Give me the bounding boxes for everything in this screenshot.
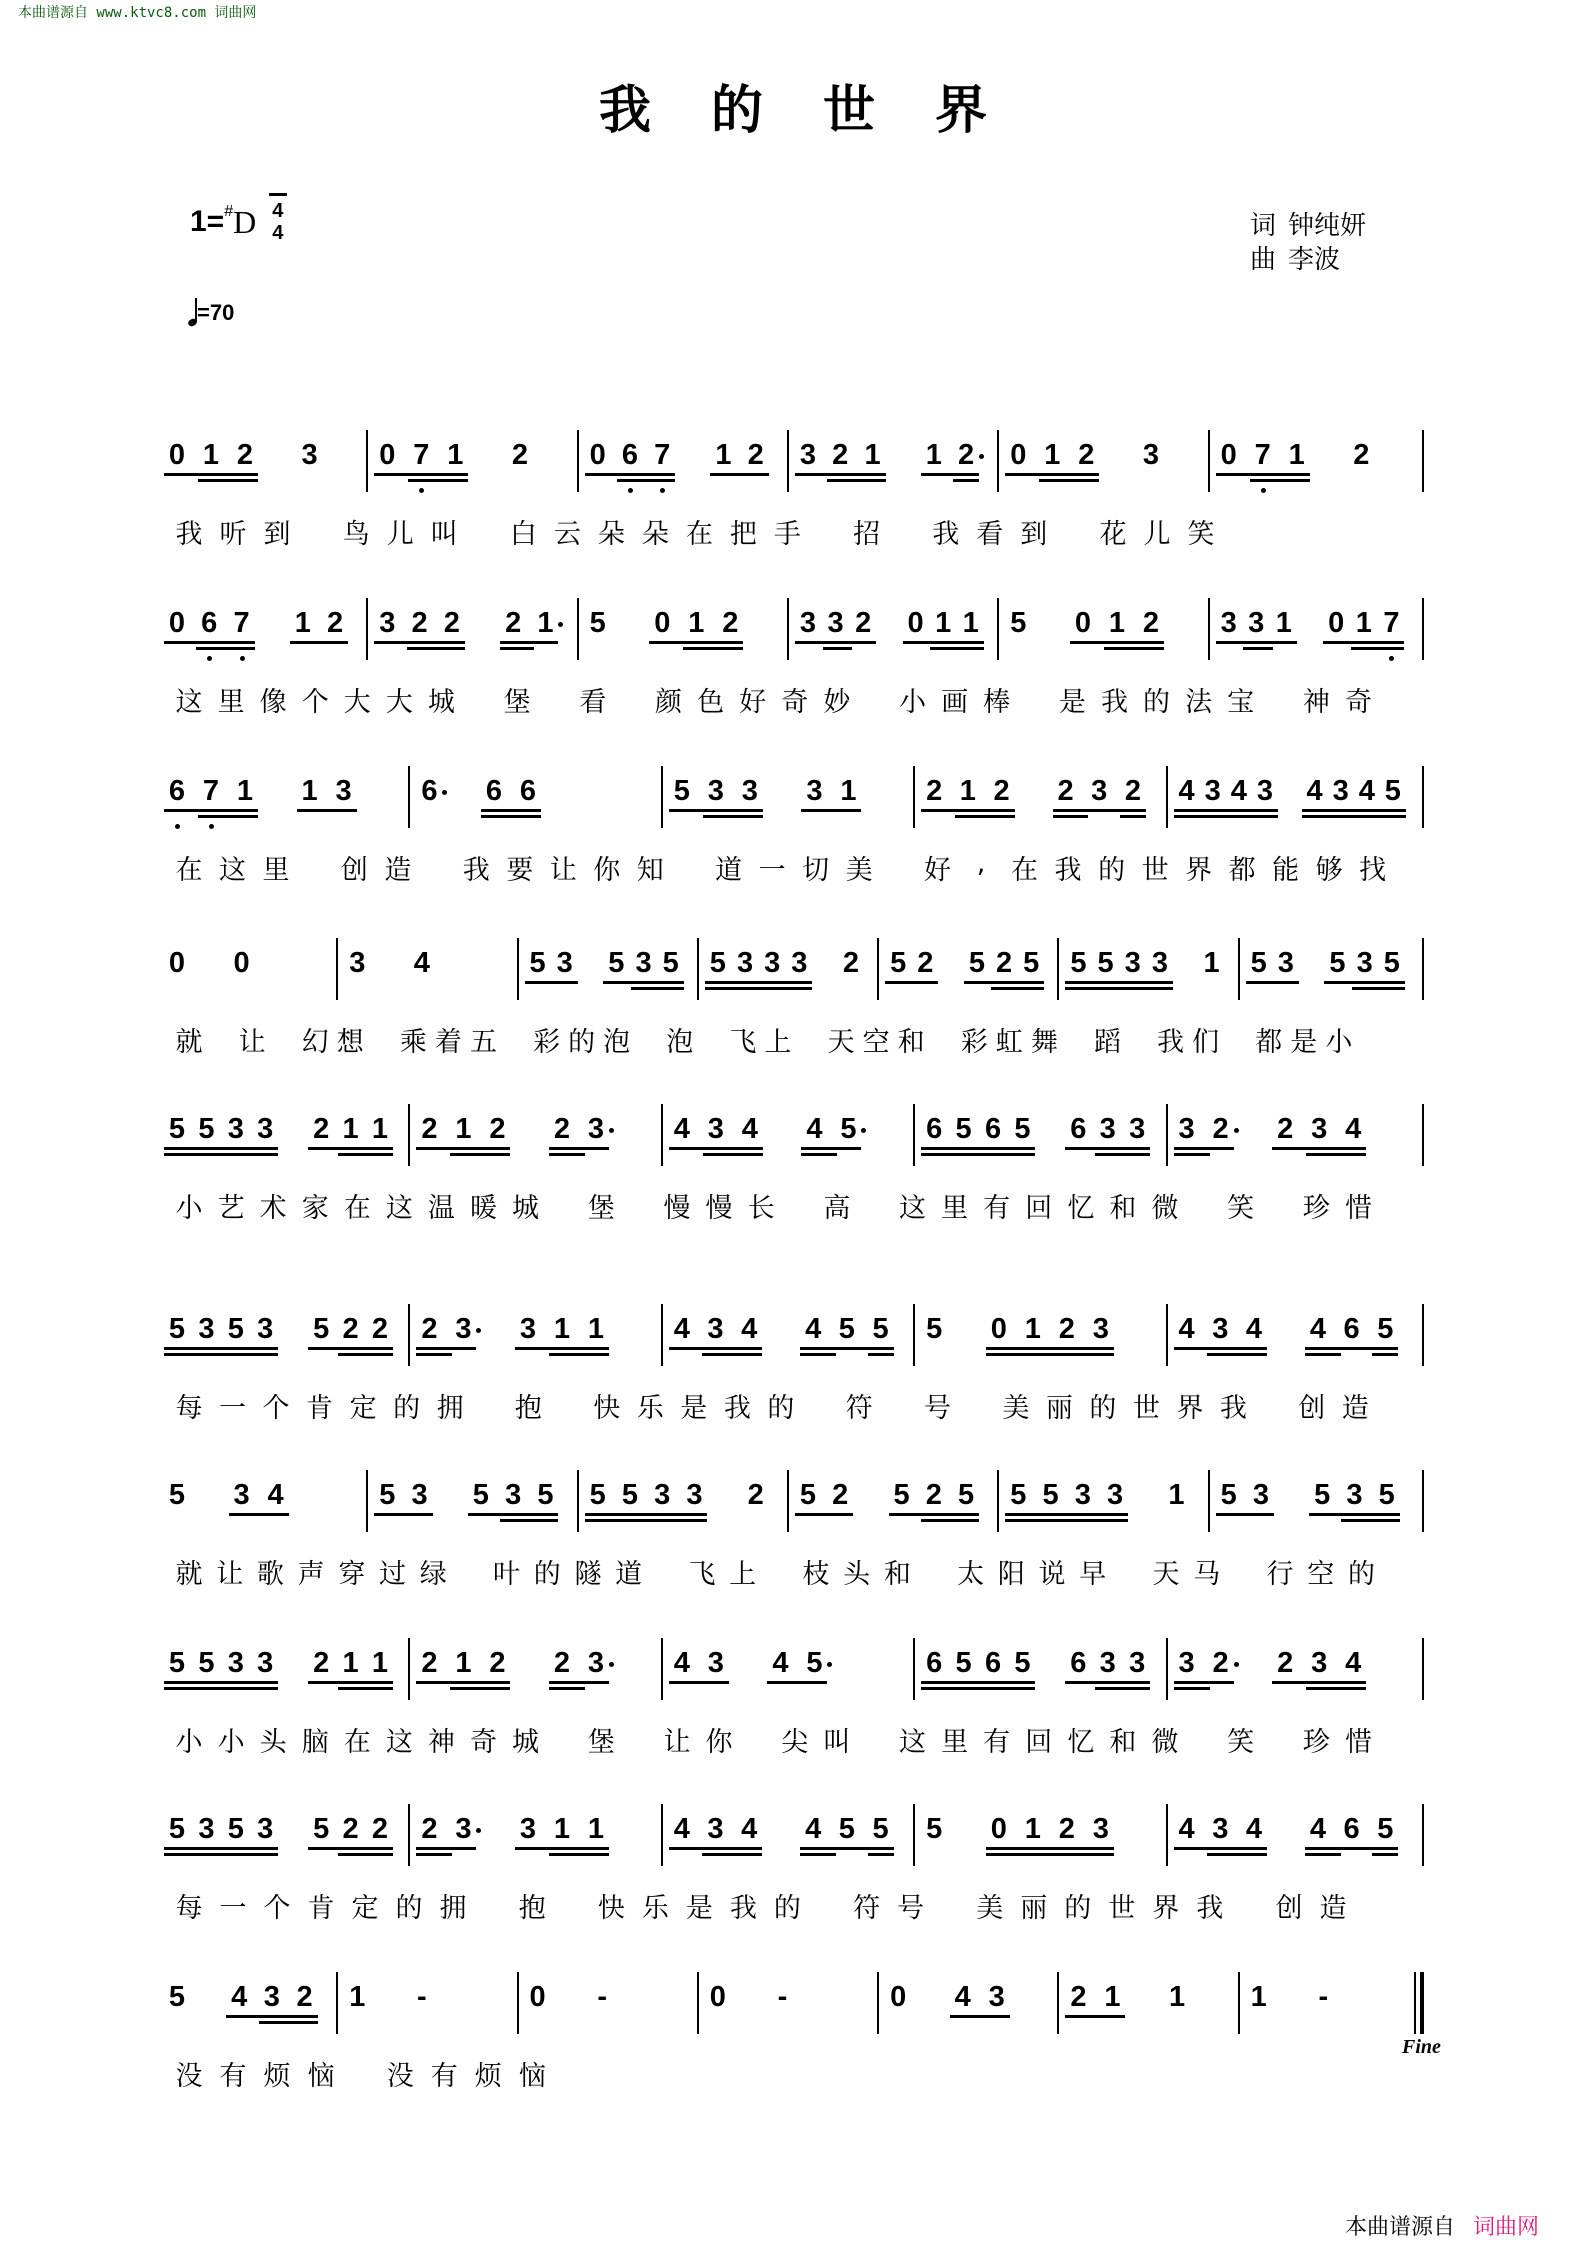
beam-underline [223, 1681, 254, 1684]
beam-underline [860, 479, 886, 482]
note: 1 [369, 1646, 391, 1680]
lyric-char: 彩 [959, 1020, 989, 1059]
lyric-char: 这 [174, 680, 204, 719]
barline [661, 1104, 663, 1166]
beam-underline [1053, 809, 1089, 812]
beam-underline [1147, 987, 1173, 990]
note: 3 [333, 774, 355, 808]
lower-octave-dot [175, 824, 180, 829]
beam-underline [198, 479, 234, 482]
beam-underline [1216, 473, 1252, 476]
beam-underline [367, 1147, 393, 1150]
beam-underline [1323, 641, 1353, 644]
note: 3 [231, 1478, 253, 1512]
lyric-char: 没 [174, 2054, 204, 2093]
lyric-char: 创 [1274, 1886, 1304, 1925]
note: 3 [254, 1112, 276, 1146]
lyric-char: 肯 [306, 1886, 336, 1925]
lyric-char: 这 [898, 1186, 928, 1225]
note: 5 [803, 1646, 825, 1680]
note: 3 [254, 1312, 276, 1346]
sharp-icon: # [224, 203, 233, 221]
barline [1166, 1304, 1168, 1366]
lyric-char: 和 [1108, 1720, 1138, 1759]
beam-underline [737, 1153, 763, 1156]
note: 0 [166, 606, 188, 640]
note: 1 [340, 1112, 362, 1146]
beam-underline [338, 1687, 369, 1690]
note: 4 [769, 1646, 791, 1680]
beam-underline [367, 1847, 393, 1850]
note: 1 [551, 1312, 573, 1346]
beam-underline [801, 1681, 827, 1684]
beam-underline [193, 1847, 224, 1850]
note: 4 [802, 1812, 824, 1846]
note: 3 [409, 1478, 431, 1512]
beam-underline [416, 1847, 452, 1850]
note: 7 [1252, 438, 1274, 472]
beam-underline [617, 479, 651, 482]
beam-underline [1039, 473, 1075, 476]
note: 3 [797, 438, 819, 472]
lyric-char: 儿 [385, 512, 415, 551]
beam-underline [1339, 1347, 1375, 1350]
beam-underline [705, 987, 734, 990]
note: 0 [527, 1980, 549, 2014]
lyric-char: 我 [461, 848, 491, 887]
beam-underline [481, 815, 517, 818]
beam-underline [1379, 987, 1405, 990]
beam-underline [1009, 1681, 1035, 1684]
lyric-char: 每 [174, 1386, 204, 1425]
beam-underline [795, 473, 829, 476]
note: 1 [1101, 1980, 1123, 2014]
beam-underline [1306, 1147, 1342, 1150]
lyric-char: 让 [548, 848, 578, 887]
beam-underline [631, 987, 660, 990]
barline [661, 1804, 663, 1866]
note: 4 [1342, 1112, 1364, 1146]
lyric-char: 到 [1019, 512, 1049, 551]
notation-line: 54321-0-0-0432111- [160, 1980, 1430, 2040]
beam-underline [1305, 1353, 1341, 1356]
barline [913, 766, 915, 828]
beam-underline [1207, 1847, 1243, 1850]
beam-underline [1174, 1347, 1210, 1350]
note: 5 [166, 1312, 188, 1346]
beam-underline [1208, 1147, 1234, 1150]
lyric-char: 每 [174, 1886, 204, 1925]
lyric-char: 家 [300, 1186, 330, 1225]
beam-underline [484, 1687, 510, 1690]
beam-underline [795, 641, 825, 644]
lyric-char: 绿 [418, 1552, 448, 1591]
lyric-char: 烦 [262, 2054, 292, 2093]
barline [661, 1304, 663, 1366]
lyric-char: 朵 [596, 512, 626, 551]
lyric-char: 肯 [305, 1386, 335, 1425]
beam-underline [1009, 1147, 1035, 1150]
note: 5 [195, 1646, 217, 1680]
lyric-char: 城 [511, 1186, 541, 1225]
note: 6 [1067, 1646, 1089, 1680]
beam-underline [198, 815, 234, 818]
beam-underline [991, 981, 1020, 984]
lyric-char: 恼 [517, 2054, 547, 2093]
note: 6 [418, 774, 440, 808]
beam-underline [955, 815, 991, 818]
lyric-char: 我 [1099, 680, 1129, 719]
beam-underline [951, 1681, 982, 1684]
barline [787, 598, 789, 660]
beam-underline [921, 1519, 955, 1522]
beam-underline [1124, 1147, 1150, 1150]
beam-underline [252, 1847, 278, 1850]
beam-underline [1354, 815, 1382, 818]
beam-underline [1174, 1687, 1210, 1690]
brand-link[interactable]: 词曲网 [1473, 2214, 1539, 2239]
lyric-char: 让 [215, 1552, 245, 1591]
beam-underline [1372, 1847, 1398, 1850]
beam-underline [1093, 987, 1122, 990]
note: 6 [923, 1112, 945, 1146]
beam-underline [532, 1513, 558, 1516]
lyric-char: 奇 [1343, 680, 1373, 719]
note: 5 [870, 1312, 892, 1346]
beam-underline [1102, 1513, 1128, 1516]
beam-underline [1340, 1147, 1366, 1150]
lyric-char: 着 [433, 1020, 463, 1059]
lyric-char: 道 [614, 1552, 644, 1591]
lyric-char: 脑 [300, 1720, 330, 1759]
note: 3 [554, 946, 576, 980]
beam-underline [658, 981, 684, 984]
note: 3 [1097, 1112, 1119, 1146]
lyric-char: 我 [722, 1386, 752, 1425]
note: 3 [452, 1312, 474, 1346]
beam-underline [583, 1147, 609, 1150]
note: 3 [1330, 774, 1352, 808]
note: 2 [1210, 1646, 1232, 1680]
composer-label: 曲 [1250, 244, 1276, 274]
barline-end [1422, 1470, 1424, 1532]
beam-underline [374, 473, 410, 476]
note: 2 [993, 946, 1015, 980]
beam-underline [439, 641, 465, 644]
note: 3 [1343, 1478, 1365, 1512]
note: 5 [225, 1312, 247, 1346]
lyric-char: 看 [975, 512, 1005, 551]
barline [577, 1470, 579, 1532]
tempo-value: =70 [197, 300, 234, 326]
note: 5 [1007, 1478, 1029, 1512]
beam-underline [801, 1153, 837, 1156]
beam-underline [1340, 1153, 1366, 1156]
score-row: 53535222331143445550123434465每一个肯定的拥抱快乐是… [160, 1312, 1430, 1382]
beam-underline [1088, 1353, 1114, 1356]
beam-underline [1351, 647, 1381, 650]
beam-underline [953, 1519, 979, 1522]
lyric-char: 你 [704, 1720, 734, 1759]
beam-underline [367, 1687, 393, 1690]
lyric-char: 我 [931, 512, 961, 551]
lyric-char: 招 [852, 512, 882, 551]
source-watermark-top[interactable]: 本曲谱源自 www.ktvc8.com 词曲网 [18, 2, 256, 22]
lyric-char: 好 [922, 848, 952, 887]
lyric-char: 惜 [1343, 1720, 1373, 1759]
barline [517, 1972, 519, 2034]
beam-underline [1005, 1513, 1039, 1516]
beam-underline [1054, 1347, 1090, 1350]
key-note: D [233, 204, 256, 241]
note: 0 [887, 1980, 909, 2014]
beam-underline [736, 1353, 762, 1356]
note: 5 [1326, 946, 1348, 980]
beam-underline [1284, 479, 1310, 482]
beam-underline [549, 1147, 585, 1150]
beam-underline [338, 1153, 369, 1156]
beam-underline [1207, 1853, 1243, 1856]
beam-underline [484, 1681, 510, 1684]
note: 2 [551, 1646, 573, 1680]
beam-underline [759, 981, 788, 984]
lyric-char: 我 [174, 512, 204, 551]
beam-underline [1243, 641, 1273, 644]
beam-underline [868, 1847, 894, 1850]
beam-underline [669, 809, 705, 812]
lyric-char: 艺 [216, 1186, 246, 1225]
note: 1 [1273, 606, 1295, 640]
lyric-char: 白 [508, 512, 538, 551]
lyric-char: 一 [218, 1886, 248, 1925]
note: 3 [1209, 1812, 1231, 1846]
beam-underline [823, 641, 853, 644]
beam-underline [232, 479, 258, 482]
lyric-char: 微 [1150, 1720, 1180, 1759]
lyric-char: 听 [218, 512, 248, 551]
note: 1 [369, 1112, 391, 1146]
beam-underline [868, 1353, 894, 1356]
note: 6 [517, 774, 539, 808]
beam-underline [930, 641, 960, 644]
beam-underline [338, 1847, 369, 1850]
note: 3 [825, 606, 847, 640]
lyric-char: 法 [1184, 680, 1214, 719]
beam-underline [549, 1347, 585, 1350]
beam-underline [525, 981, 554, 984]
note: 3 [452, 1812, 474, 1846]
beam-underline [649, 641, 685, 644]
barline [1166, 1104, 1168, 1166]
lyric-char: 惜 [1343, 1186, 1373, 1225]
barline [408, 1104, 410, 1166]
note: 1 [1201, 946, 1223, 980]
note: 3 [739, 774, 761, 808]
lyric-char: 笑 [1226, 1720, 1256, 1759]
beam-underline [583, 1847, 609, 1850]
beam-underline [450, 1347, 476, 1350]
lyric-char: 儿 [1142, 512, 1172, 551]
lyric-char: 色 [696, 680, 726, 719]
lyric-char: 个 [262, 1886, 292, 1925]
score-row: 54321-0-0-0432111-没有烦恼没有烦恼 [160, 1980, 1430, 2050]
lyric-char: 我 [728, 1886, 758, 1925]
beam-underline [801, 1147, 837, 1150]
beam-underline [1005, 473, 1041, 476]
beam-underline [193, 1853, 224, 1856]
beam-underline [223, 1353, 254, 1356]
beam-underline [585, 1513, 619, 1516]
beam-underline [193, 1147, 224, 1150]
lyric-char: 拥 [435, 1386, 465, 1425]
beam-underline [1241, 1353, 1267, 1356]
beam-underline [1241, 1853, 1267, 1856]
beam-underline [953, 1513, 979, 1516]
note: 5 [527, 946, 549, 980]
beam-underline [669, 1681, 705, 1684]
beam-underline [951, 1153, 982, 1156]
lyric-char: 在 [342, 1186, 372, 1225]
lower-octave-dot [240, 656, 245, 661]
beam-underline [1306, 1153, 1342, 1156]
barline [517, 938, 519, 1000]
note: 4 [1228, 774, 1250, 808]
note: 5 [470, 1478, 492, 1512]
barline [661, 766, 663, 828]
note: 4 [738, 1812, 760, 1846]
barline [661, 1638, 663, 1700]
lyric-char: 五 [468, 1020, 498, 1059]
beam-underline [1328, 815, 1356, 818]
beam-underline [259, 2021, 294, 2024]
lyric-char: 里 [940, 1186, 970, 1225]
beam-underline [1086, 809, 1122, 812]
note: 3 [1149, 946, 1171, 980]
beam-underline [703, 1153, 739, 1156]
note: - [591, 1980, 613, 2014]
lyric-char: 拥 [438, 1886, 468, 1925]
augmentation-dot [476, 1328, 481, 1333]
barline-end [1422, 598, 1424, 660]
note: 5 [836, 1812, 858, 1846]
beam-underline [786, 987, 812, 990]
beam-underline [921, 1681, 952, 1684]
beam-underline [252, 1853, 278, 1856]
beam-underline [1070, 1519, 1104, 1522]
beam-underline [252, 1153, 278, 1156]
beam-underline [868, 1853, 894, 1856]
note: 2 [418, 1312, 440, 1346]
beam-underline [1104, 641, 1140, 644]
lyric-char: 回 [1024, 1720, 1054, 1759]
lyric-char: 道 [714, 848, 744, 887]
barline [1166, 1804, 1168, 1866]
lyric-char: 小 [898, 680, 928, 719]
beam-underline [1378, 647, 1404, 650]
note: 4 [952, 1980, 974, 2014]
note: 4 [1176, 774, 1198, 808]
lyric-char: 过 [378, 1552, 408, 1591]
lyric-char: 温 [426, 1186, 456, 1225]
note: 3 [376, 606, 398, 640]
note: 2 [369, 1312, 391, 1346]
beam-underline [681, 1513, 707, 1516]
note: 4 [1307, 1812, 1329, 1846]
beam-underline [800, 1347, 836, 1350]
note: 2 [418, 1646, 440, 1680]
note: - [771, 1980, 793, 2014]
beam-underline [889, 1513, 923, 1516]
lyric-char: 回 [1024, 1186, 1054, 1225]
note: 2 [310, 1646, 332, 1680]
beam-underline [1053, 815, 1089, 818]
note: 4 [671, 1812, 693, 1846]
lyric-char: 妙 [822, 680, 852, 719]
beam-underline [1093, 981, 1122, 984]
beam-underline [989, 815, 1015, 818]
note: 3 [517, 1812, 539, 1846]
note: 6 [198, 606, 220, 640]
beam-underline [515, 1847, 551, 1850]
note: 1 [1106, 606, 1128, 640]
lyric-char: 空 [861, 1020, 891, 1059]
lyric-char: 云 [552, 512, 582, 551]
beam-underline [669, 1347, 705, 1350]
beam-underline [1372, 1853, 1398, 1856]
note: 5 [660, 946, 682, 980]
note: 0 [166, 946, 188, 980]
note: 3 [195, 1312, 217, 1346]
note: 3 [1254, 774, 1276, 808]
beam-underline [930, 647, 960, 650]
score-row: 01230712067123211201230712我听到鸟儿叫白云朵朵在把手招… [160, 438, 1430, 508]
note: 2 [340, 1312, 362, 1346]
notation-line: 067123222150123320115012331017 [160, 606, 1430, 666]
lyric-char: 界 [1151, 1886, 1181, 1925]
beam-underline [484, 1153, 510, 1156]
note: 1 [534, 606, 556, 640]
note: 5 [1248, 946, 1270, 980]
note: 1 [1022, 1812, 1044, 1846]
note: 2 [1122, 774, 1144, 808]
note: 3 [1072, 1478, 1094, 1512]
lyric-char: 的 [394, 1886, 424, 1925]
beam-underline [1284, 473, 1310, 476]
note: 1 [299, 774, 321, 808]
beam-underline [252, 1687, 278, 1690]
note: 3 [1126, 1112, 1148, 1146]
beam-underline [1039, 479, 1075, 482]
note: 3 [261, 1980, 283, 2014]
beam-underline [1054, 1847, 1090, 1850]
lyric-char: 高 [822, 1186, 852, 1225]
source-watermark-bottom[interactable]: 本曲谱源自词曲网 [1345, 2210, 1539, 2241]
barline-end [1422, 1304, 1424, 1366]
lyric-char: 界 [1175, 1386, 1205, 1425]
beam-underline [338, 1353, 369, 1356]
beam-underline [964, 981, 993, 984]
barline [408, 1804, 410, 1866]
note: 1 [712, 438, 734, 472]
beam-underline [515, 1347, 551, 1350]
beam-underline [226, 2015, 261, 2018]
note: 3 [1126, 1646, 1148, 1680]
note: 5 [619, 1478, 641, 1512]
lyric-char: 在 [684, 512, 714, 551]
note: 2 [852, 606, 874, 640]
note: 3 [704, 1312, 726, 1346]
note: 2 [409, 606, 431, 640]
